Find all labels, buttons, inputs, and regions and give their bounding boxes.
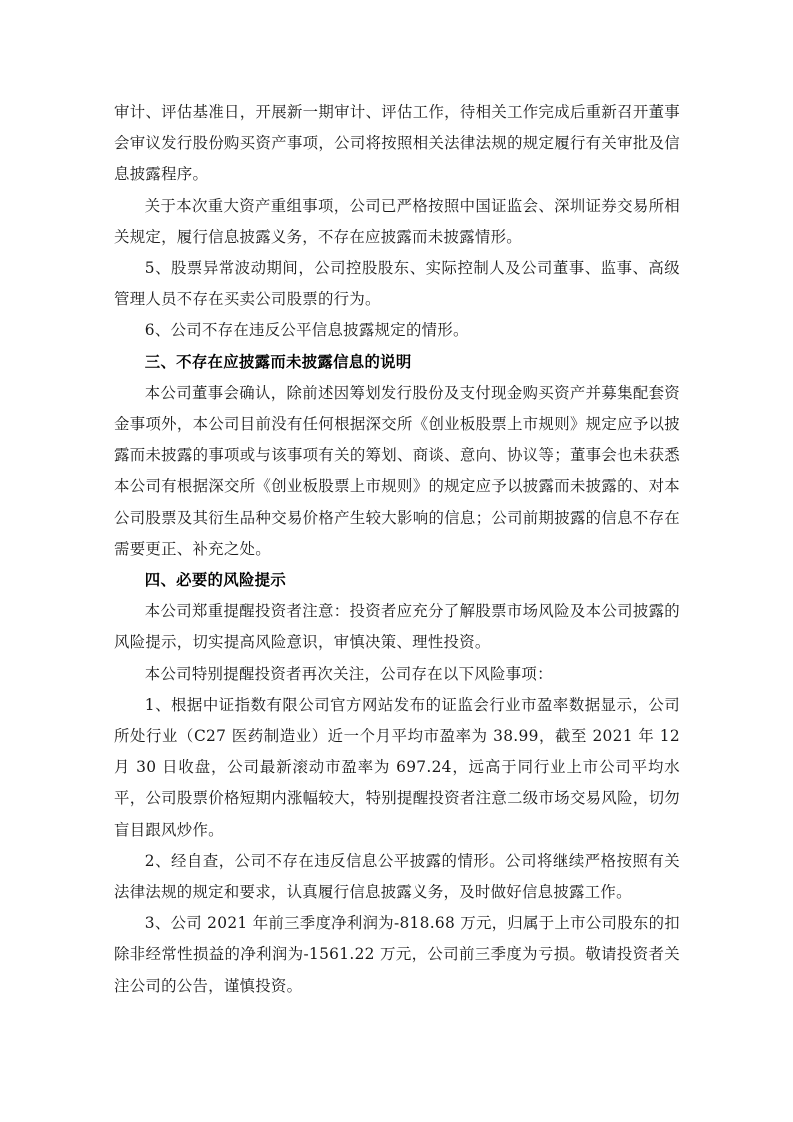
section-heading-4: 四、必要的风险提示 (114, 565, 680, 596)
document-page: 审计、评估基准日，开展新一期审计、评估工作，待相关工作完成后重新召开董事会审议发… (114, 97, 680, 1002)
paragraph-risk-item-3-net-profit: 3、公司 2021 年前三季度净利润为-818.68 万元，归属于上市公司股东的… (114, 908, 680, 1002)
paragraph-item-6-fair-disclosure: 6、公司不存在违反公平信息披露规定的情形。 (114, 315, 680, 346)
paragraph-continuation-audit: 审计、评估基准日，开展新一期审计、评估工作，待相关工作完成后重新召开董事会审议发… (114, 97, 680, 191)
paragraph-risk-reminder: 本公司郑重提醒投资者注意：投资者应充分了解股票市场风险及本公司披露的风险提示，切… (114, 596, 680, 658)
paragraph-special-reminder: 本公司特别提醒投资者再次关注，公司存在以下风险事项： (114, 659, 680, 690)
section-heading-3: 三、不存在应披露而未披露信息的说明 (114, 347, 680, 378)
paragraph-risk-item-2-self-check: 2、经自查，公司不存在违反信息公平披露的情形。公司将继续严格按照有关法律法规的规… (114, 846, 680, 908)
paragraph-board-confirmation: 本公司董事会确认，除前述因筹划发行股份及支付现金购买资产并募集配套资金事项外，本… (114, 378, 680, 565)
paragraph-risk-item-1-pe-ratio: 1、根据中证指数有限公司官方网站发布的证监会行业市盈率数据显示，公司所处行业（C… (114, 690, 680, 846)
paragraph-restructuring-disclosure: 关于本次重大资产重组事项，公司已严格按照中国证监会、深圳证券交易所相关规定，履行… (114, 191, 680, 253)
paragraph-item-5-no-trading: 5、股票异常波动期间，公司控股股东、实际控制人及公司董事、监事、高级管理人员不存… (114, 253, 680, 315)
